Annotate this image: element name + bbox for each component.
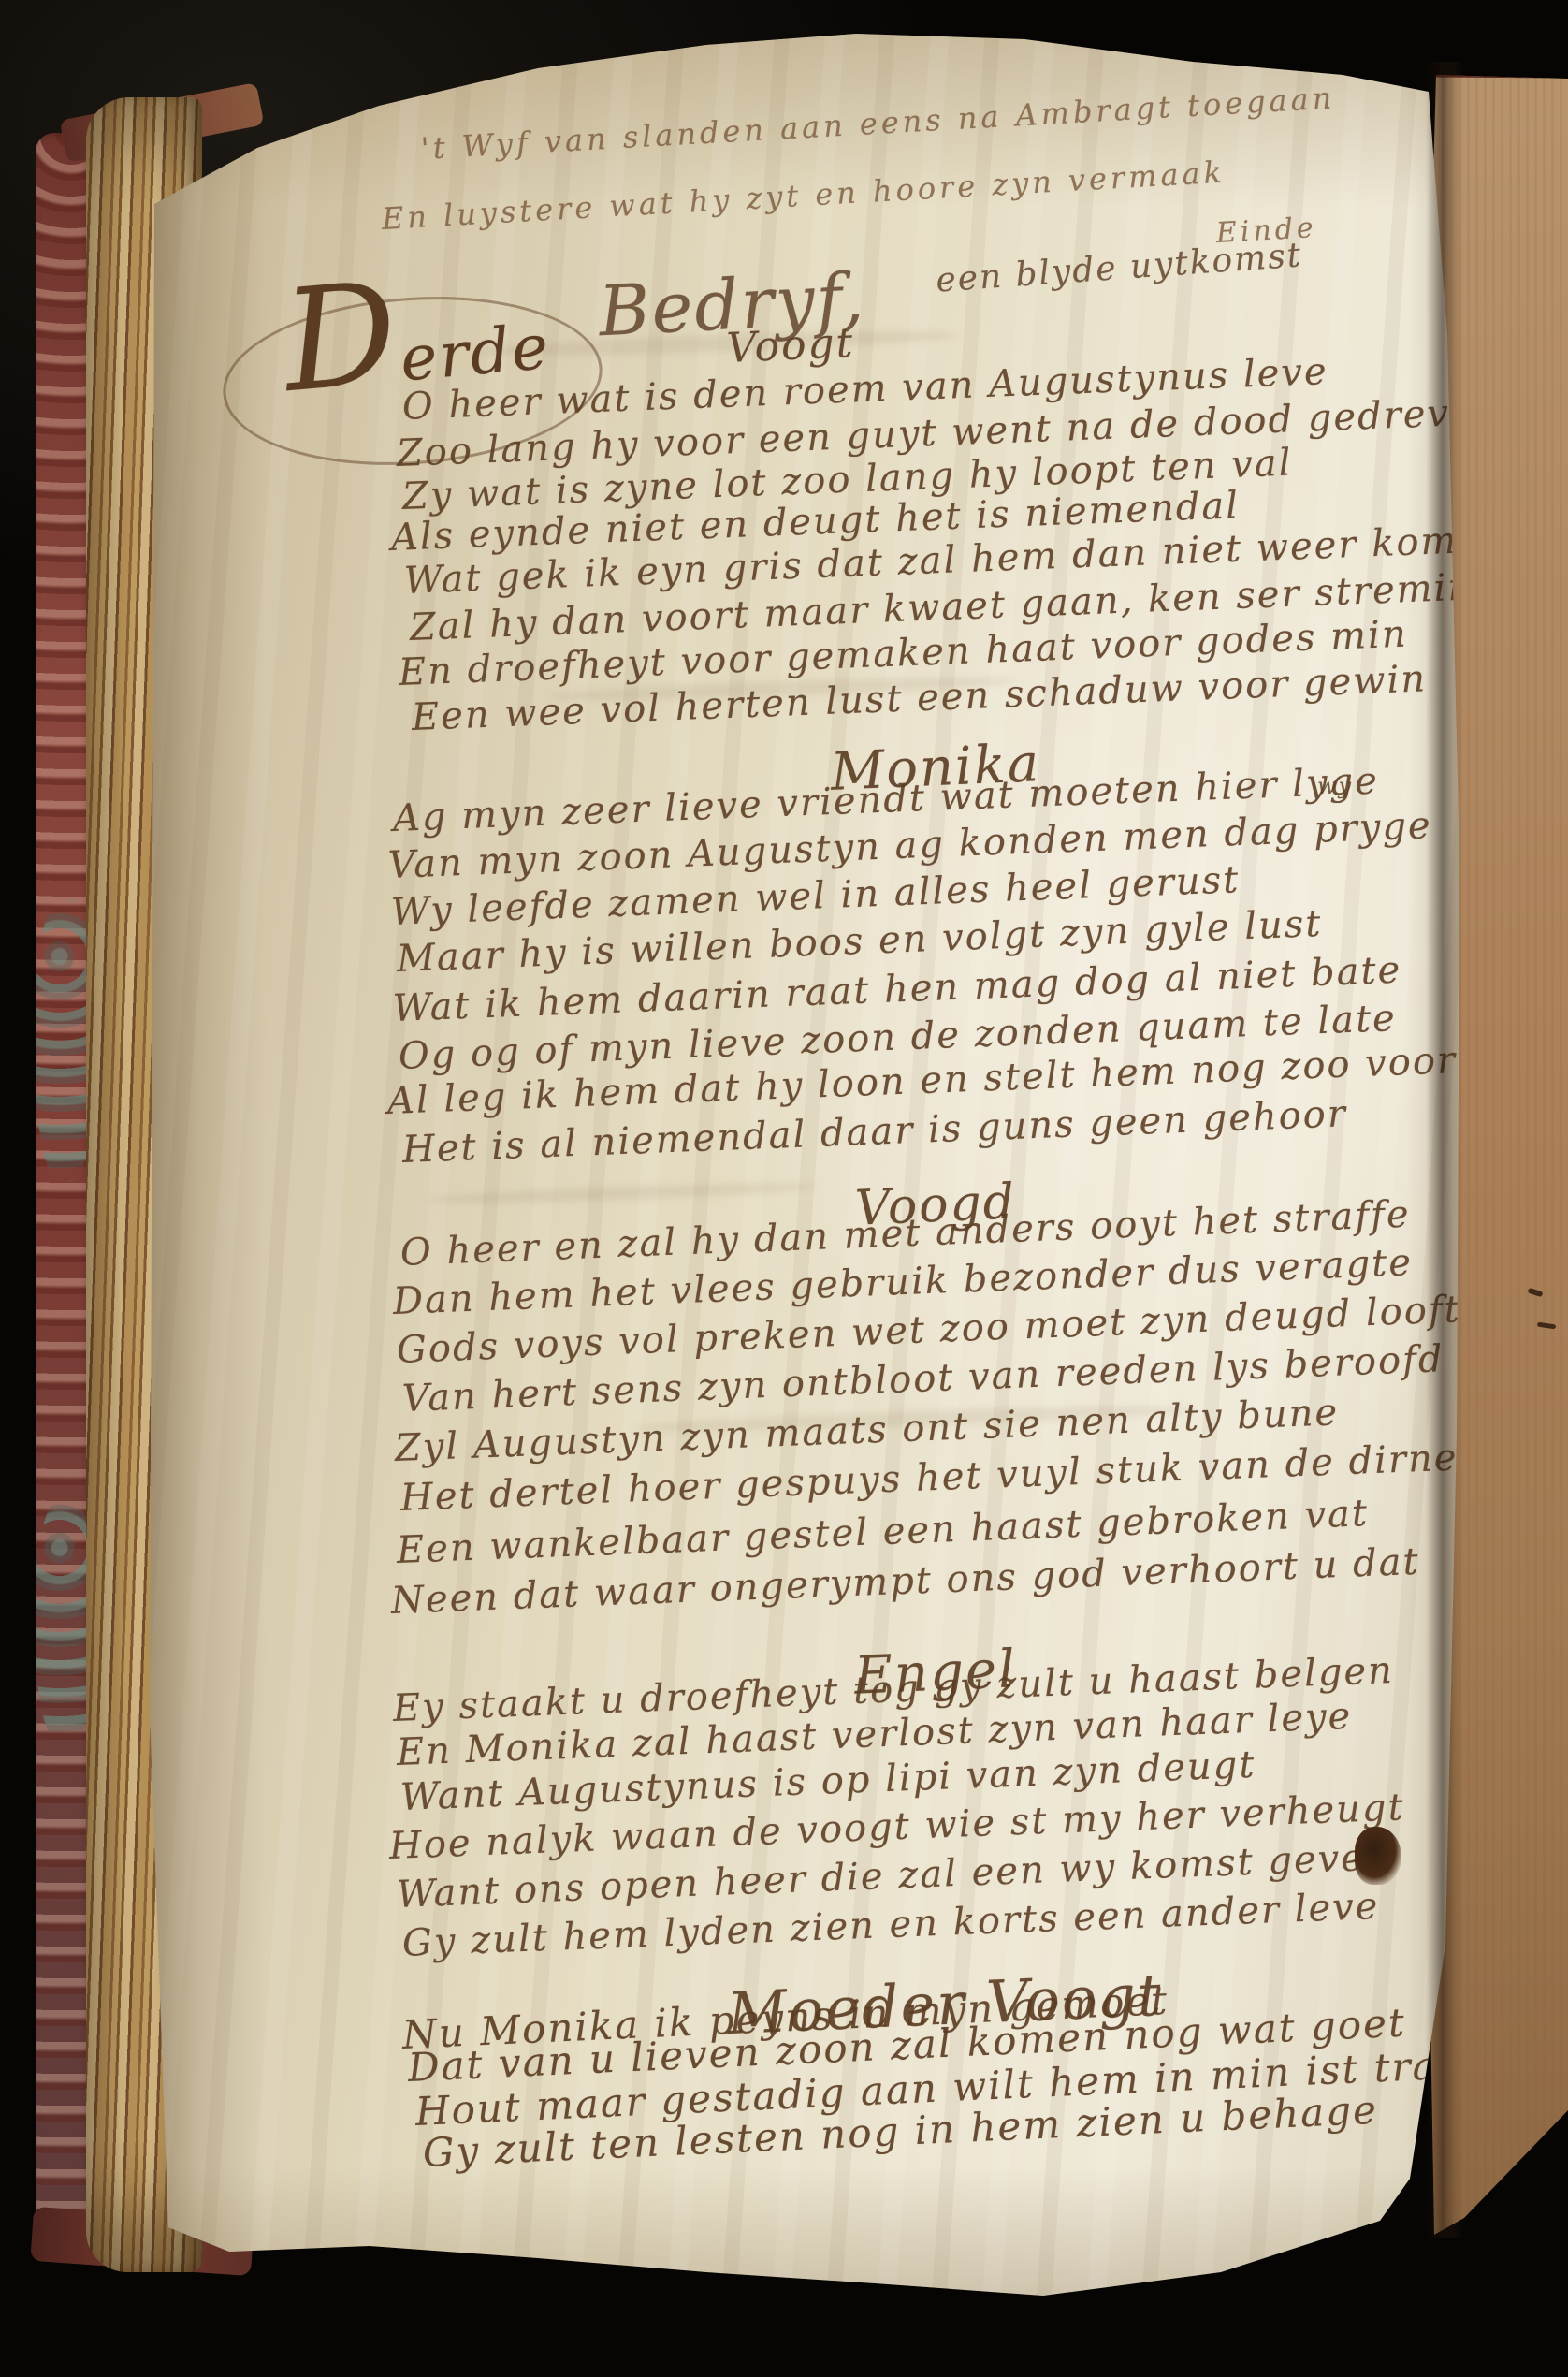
manuscript-page: 't Wyf van slanden aan eens na Ambragt t… — [145, 26, 1466, 2302]
top-annotation-line: 't Wyf van slanden aan eens na Ambragt t… — [420, 80, 1336, 167]
ink-speck — [1527, 1288, 1543, 1298]
act-title-suffix: een blyde uytkomst — [935, 236, 1303, 299]
ink-speck — [1537, 1322, 1557, 1330]
manuscript-photo: 't Wyf van slanden aan eens na Ambragt t… — [0, 0, 1568, 2377]
speaker-heading: Voogt — [726, 319, 856, 372]
facing-page-top-edge — [1434, 69, 1568, 79]
ink-bleedthrough — [426, 1180, 819, 1207]
ink-blot — [1355, 1827, 1401, 1885]
top-annotation-line: En luystere wat hy zyt en hoore zyn verm… — [381, 154, 1227, 237]
